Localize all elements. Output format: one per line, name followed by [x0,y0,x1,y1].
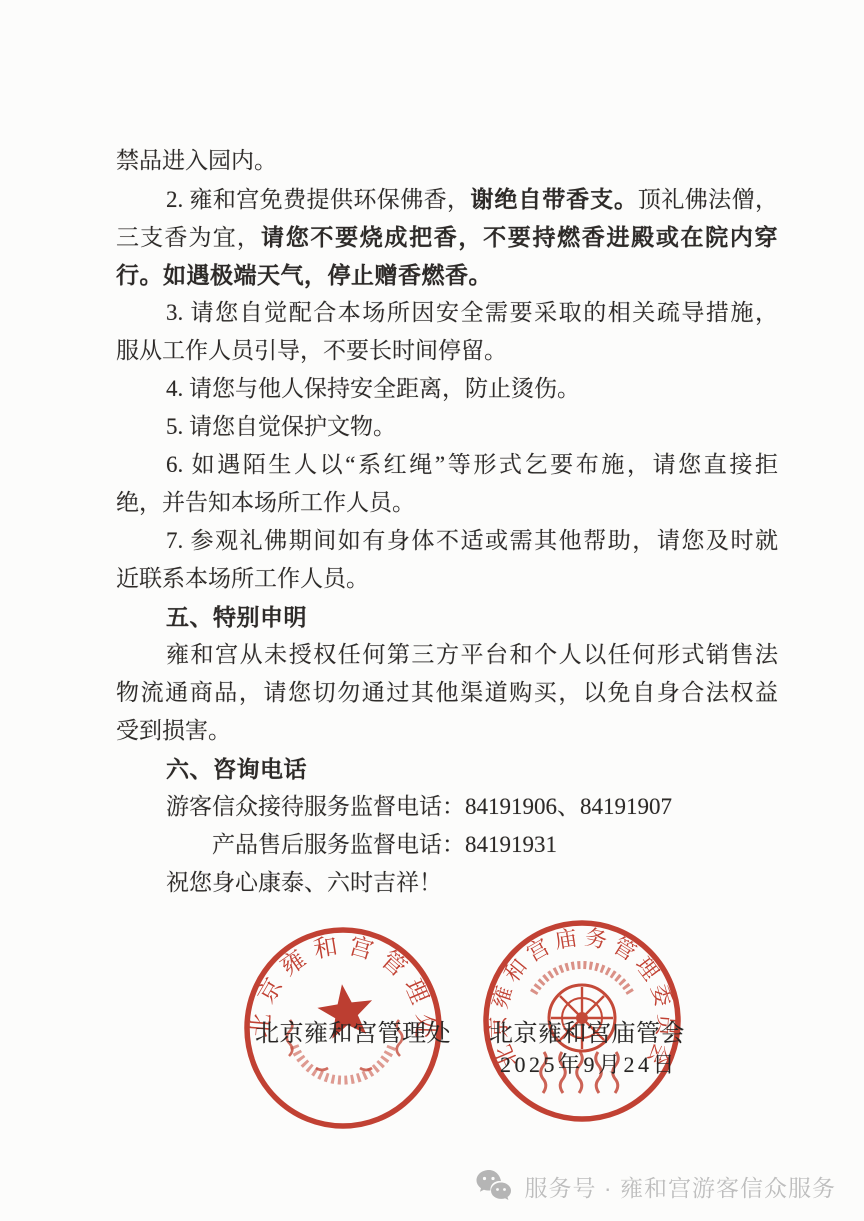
text-segment: 顶礼佛法僧， [638,187,778,212]
text-segment: 禁品进入园内。 [116,148,277,173]
text-segment: 7. 参观礼佛期间如有身体不适或需其他帮助，请您及时就 [166,528,778,553]
text-line: 7. 参观礼佛期间如有身体不适或需其他帮助，请您及时就 [116,522,778,560]
text-line: 5. 请您自觉保护文物。 [116,408,778,446]
signature-temple-committee: 北京雍和宫庙管会 [489,1013,685,1048]
document-date: 2025年9月24日 [500,1048,678,1079]
text-segment: 物流通商品，请您切勿通过其他渠道购买，以免自身合法权益 [116,680,778,705]
text-line: 六、咨询电话 [116,750,778,788]
text-line: 2. 雍和宫免费提供环保佛香，谢绝自带香支。顶礼佛法僧， [116,180,778,218]
text-line: 产品售后服务监督电话：84191931 [116,826,778,864]
wechat-watermark: 服务号 · 雍和宫游客信众服务 [475,1166,836,1206]
text-line: 受到损害。 [116,712,778,750]
text-segment: 3. 请您自觉配合本场所因安全需要采取的相关疏导措施， [166,300,778,325]
text-segment: 请您不要烧成把香，不要持燃香进殿或在院内穿 [261,224,778,250]
text-segment: 三支香为宜， [116,225,261,250]
watermark-text: 服务号 · 雍和宫游客信众服务 [525,1170,836,1203]
text-segment: 五、特别申明 [166,604,307,630]
seal-inner-script-arc [294,1046,392,1080]
text-line: 行。如遇极端天气，停止赠香燃香。 [116,256,778,294]
text-segment: 5. 请您自觉保护文物。 [166,414,396,439]
text-line: 雍和宫从未授权任何第三方平台和个人以任何形式销售法 [116,636,778,674]
text-segment: 雍和宫从未授权任何第三方平台和个人以任何形式销售法 [166,642,778,667]
text-line: 近联系本场所工作人员。 [116,560,778,598]
text-segment: 谢绝自带香支。 [470,186,637,212]
text-segment: 产品售后服务监督电话：84191931 [212,832,557,857]
text-segment: 6. 如遇陌生人以“系红绳”等形式乞要布施，请您直接拒 [166,452,778,477]
text-segment: 绝，并告知本场所工作人员。 [116,490,415,515]
text-line: 4. 请您与他人保持安全距离，防止烫伤。 [116,370,778,408]
text-line: 绝，并告知本场所工作人员。 [116,484,778,522]
text-line: 服从工作人员引导，不要长时间停留。 [116,332,778,370]
text-line: 禁品进入园内。 [116,142,778,180]
text-line: 3. 请您自觉配合本场所因安全需要采取的相关疏导措施， [116,294,778,332]
text-segment: 受到损害。 [116,718,231,743]
text-line: 游客信众接待服务监督电话：84191906、84191907 [116,788,778,826]
text-line: 三支香为宜，请您不要烧成把香，不要持燃香进殿或在院内穿 [116,218,778,256]
document-lines: 禁品进入园内。2. 雍和宫免费提供环保佛香，谢绝自带香支。顶礼佛法僧，三支香为宜… [116,142,778,902]
text-line: 五、特别申明 [116,598,778,636]
signature-management-office: 北京雍和宫管理处 [255,1013,451,1048]
text-segment: 服从工作人员引导，不要长时间停留。 [116,338,507,363]
document-page: 禁品进入园内。2. 雍和宫免费提供环保佛香，谢绝自带香支。顶礼佛法僧，三支香为宜… [0,0,864,1221]
text-segment: 祝您身心康泰、六时吉祥！ [166,870,442,895]
text-segment: 六、咨询电话 [166,756,307,782]
text-line: 祝您身心康泰、六时吉祥！ [116,864,778,902]
text-line: 物流通商品，请您切勿通过其他渠道购买，以免自身合法权益 [116,674,778,712]
text-line: 6. 如遇陌生人以“系红绳”等形式乞要布施，请您直接拒 [116,446,778,484]
text-segment: 近联系本场所工作人员。 [116,566,369,591]
text-segment: 行。如遇极端天气，停止赠香燃香。 [116,262,492,288]
text-segment: 游客信众接待服务监督电话：84191906、84191907 [166,794,672,819]
text-segment: 2. 雍和宫免费提供环保佛香， [166,187,470,212]
wechat-icon [475,1168,515,1204]
text-segment: 4. 请您与他人保持安全距离，防止烫伤。 [166,376,580,401]
